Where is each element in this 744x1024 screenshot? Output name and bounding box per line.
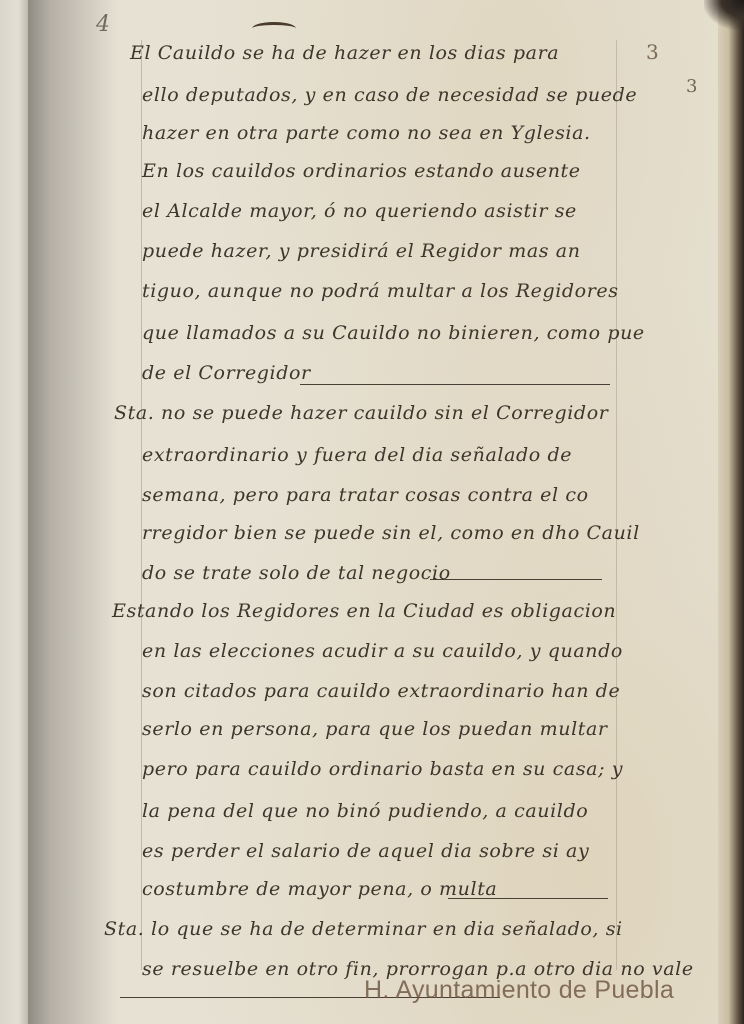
ink-flourish (252, 22, 296, 35)
manuscript-line: pero para cauildo ordinario basta en su … (142, 758, 623, 780)
corner-shadow (704, 0, 744, 30)
manuscript-line: Estando los Regidores en la Ciudad es ob… (112, 600, 616, 622)
manuscript-line: Sta. no se puede hazer cauildo sin el Co… (114, 402, 608, 424)
page-edge (718, 0, 744, 1024)
manuscript-line: es perder el salario de aquel dia sobre … (142, 840, 589, 862)
ink-rule-line (300, 384, 610, 385)
manuscript-line: Sta. lo que se ha de determinar en dia s… (104, 918, 623, 940)
manuscript-line: en las elecciones acudir a su cauildo, y… (142, 640, 623, 662)
manuscript-line: puede hazer, y presidirá el Regidor mas … (142, 240, 581, 262)
manuscript-line: semana, pero para tratar cosas contra el… (142, 484, 589, 506)
manuscript-line: costumbre de mayor pena, o multa (142, 878, 497, 900)
folio-number-left: 4 (96, 12, 110, 37)
manuscript-line: extraordinario y fuera del dia señalado … (142, 444, 572, 466)
manuscript-line: la pena del que no binó pudiendo, a caui… (142, 800, 588, 822)
manuscript-line: de el Corregidor (142, 362, 311, 384)
manuscript-line: que llamados a su Cauildo no binieren, c… (142, 322, 645, 344)
gutter-shadow (28, 0, 118, 1024)
folio-number-right-outer: 3 (686, 76, 697, 97)
manuscript-line: ello deputados, y en caso de necesidad s… (142, 84, 637, 106)
manuscript-line: El Cauildo se ha de hazer en los dias pa… (130, 42, 559, 64)
manuscript-line: serlo en persona, para que los puedan mu… (142, 718, 608, 740)
manuscript-line: son citados para cauildo extraordinario … (142, 680, 620, 702)
manuscript-line: do se trate solo de tal negocio (142, 562, 451, 584)
manuscript-line: En los cauildos ordinarios estando ausen… (142, 160, 581, 182)
ink-rule-line (448, 898, 608, 899)
manuscript-line: rregidor bien se puede sin el, como en d… (142, 522, 640, 544)
right-margin-line (616, 40, 617, 970)
manuscript-line: tiguo, aunque no podrá multar a los Regi… (142, 280, 619, 302)
archive-watermark: H. Ayuntamiento de Puebla (364, 976, 674, 1005)
manuscript-line: el Alcalde mayor, ó no queriendo asistir… (142, 200, 577, 222)
book-binding (0, 0, 30, 1024)
folio-number-right-top: 3 (646, 40, 659, 64)
manuscript-line: hazer en otra parte como no sea en Ygles… (142, 122, 591, 144)
ink-rule-line (430, 579, 602, 580)
